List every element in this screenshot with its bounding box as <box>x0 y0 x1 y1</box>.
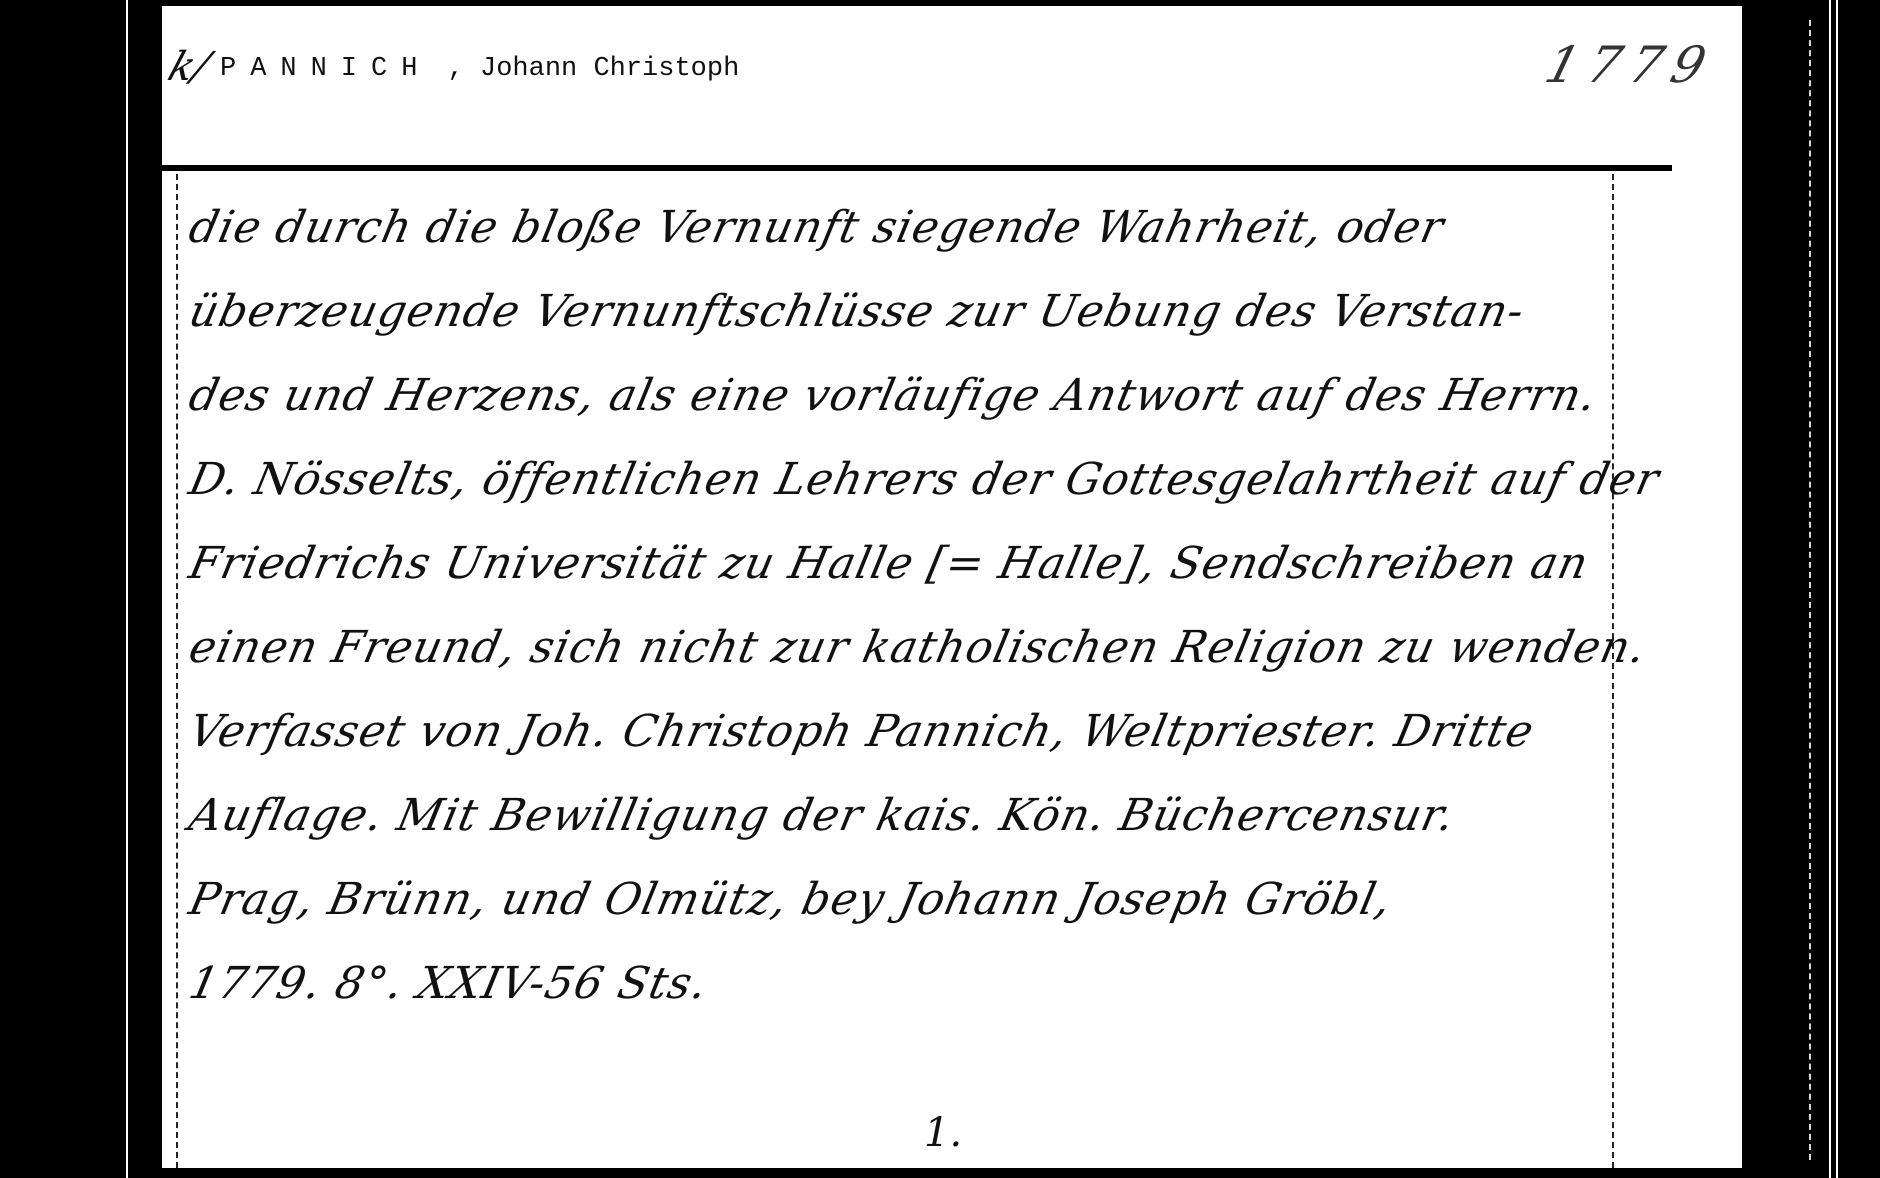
entry-line: des und Herzens, als eine vorläufige Ant… <box>181 354 1639 438</box>
entry-line: überzeugende Vernunftschlüsse zur Uebung… <box>181 270 1639 354</box>
entry-line: Verfasset von Joh. Christoph Pannich, We… <box>181 690 1639 774</box>
author-surname: PANNICH <box>220 54 431 84</box>
entry-line: einen Freund, sich nicht zur katholische… <box>181 606 1639 690</box>
entry-line: D. Nösselts, öffentlichen Lehrers der Go… <box>181 438 1639 522</box>
handwritten-entry: die durch die bloße Vernunft siegende Wa… <box>190 186 1630 1026</box>
scan-edge-dotted-line <box>1809 20 1811 1160</box>
header-rule <box>162 165 1672 171</box>
heading-separator: , <box>448 54 464 84</box>
heading-year: 1779 <box>1539 36 1722 94</box>
scan-edge-line <box>126 0 128 1178</box>
author-given-names: Johann Christoph <box>480 54 739 84</box>
card-header: k/ PANNICH , Johann Christoph 1779 <box>162 6 1742 166</box>
page-number: 1. <box>924 1110 962 1156</box>
entry-line: Prag, Brünn, und Olmütz, bey Johann Jose… <box>181 858 1639 942</box>
entry-line: 1779. 8°. XXIV-56 Sts. <box>181 942 1639 1026</box>
scan-edge-line <box>1836 0 1838 1178</box>
catalog-mark: k/ <box>163 44 216 90</box>
entry-line: Friedrichs Universität zu Halle [= Halle… <box>181 522 1639 606</box>
entry-line: die durch die bloße Vernunft siegende Wa… <box>181 186 1639 270</box>
entry-line: Auflage. Mit Bewilligung der kais. Kön. … <box>181 774 1639 858</box>
left-margin-line <box>176 174 178 1168</box>
catalog-card: k/ PANNICH , Johann Christoph 1779 die d… <box>162 6 1742 1168</box>
scan-edge-line <box>1829 0 1831 1178</box>
card-heading: PANNICH , Johann Christoph <box>220 54 739 84</box>
